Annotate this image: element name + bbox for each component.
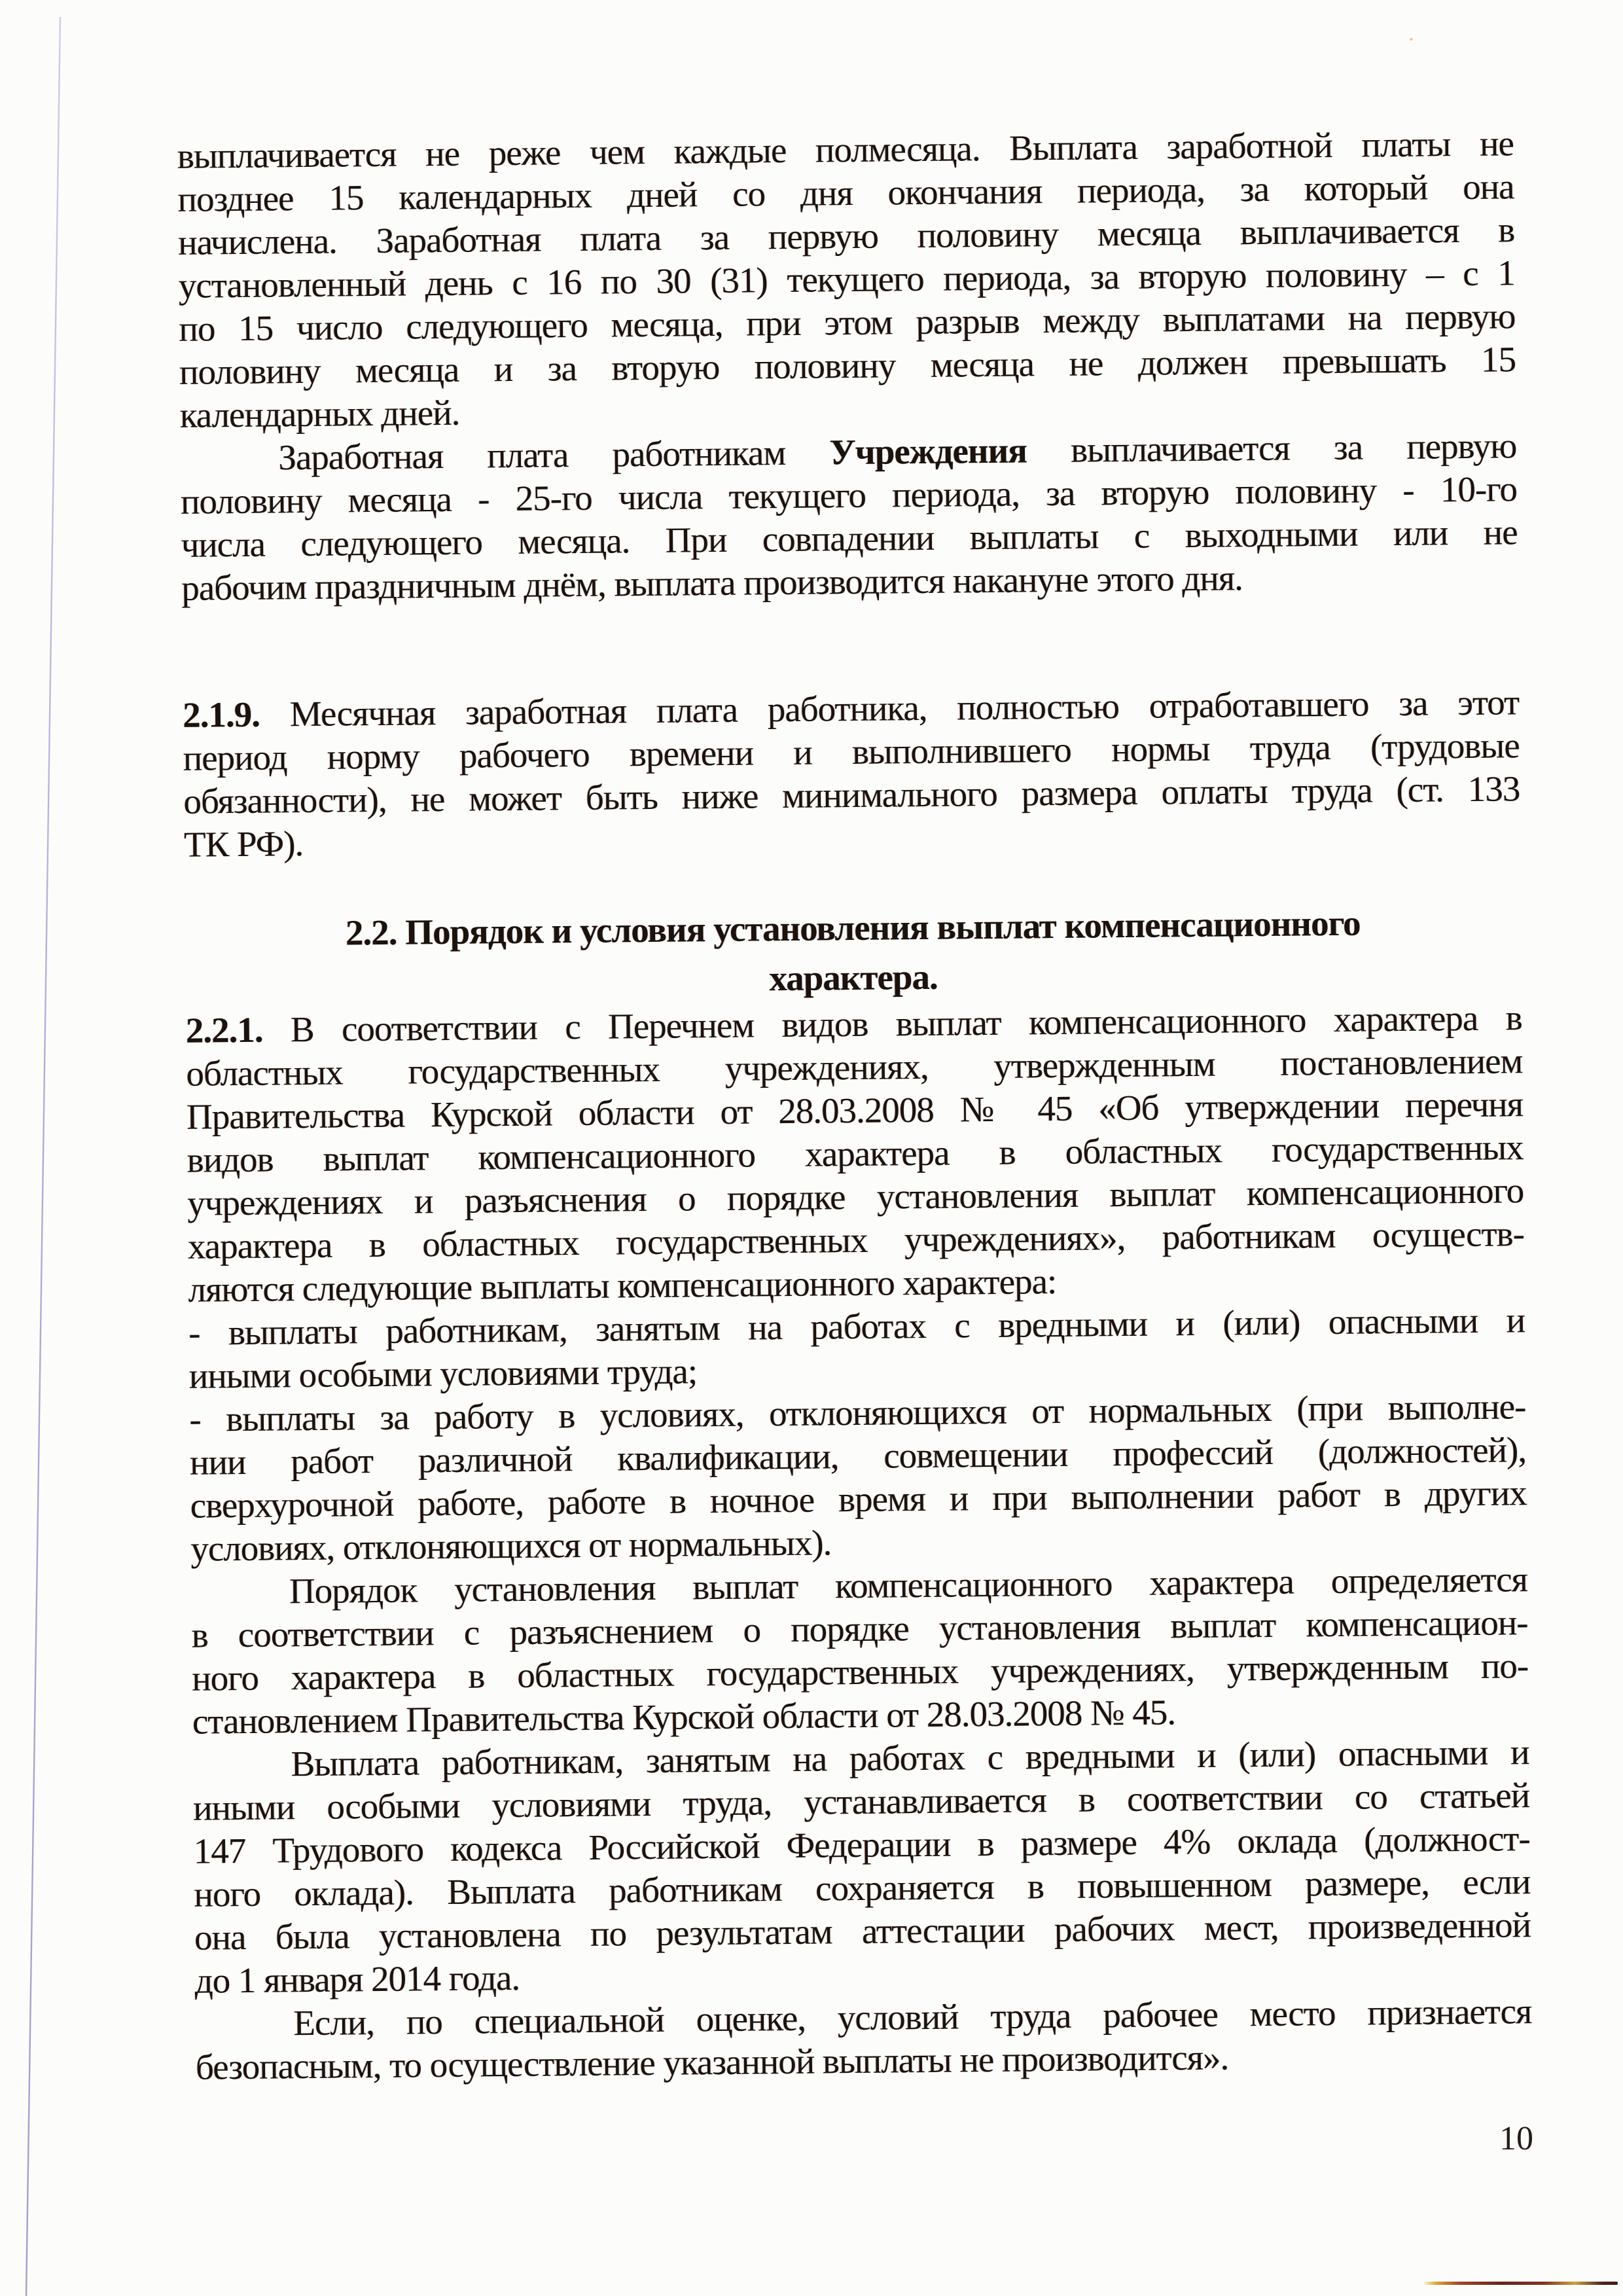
- scan-edge-artifact: [1424, 2282, 1618, 2285]
- paragraph: Если, по специальной оценке, условий тру…: [195, 1990, 1532, 2089]
- document-page: выплачивается не реже чем каждые полмеся…: [0, 0, 1623, 2296]
- paragraph: Выплата работникам, занятым на работах с…: [192, 1731, 1531, 2003]
- section-heading: 2.2. Порядок и условия установления выпл…: [185, 897, 1522, 1009]
- paragraph: Заработная плата работникам Учреждения в…: [180, 424, 1518, 610]
- page-body: выплачивается не реже чем каждые полмеся…: [177, 122, 1533, 2089]
- paragraph: 2.2.1. В соответствии с Перечнем видов в…: [185, 996, 1524, 1312]
- scan-speck: [1410, 38, 1413, 41]
- page-number: 10: [1493, 2119, 1539, 2158]
- paragraph: Порядок установления выплат компенсацион…: [191, 1558, 1529, 1744]
- list-item: - выплаты работникам, занятым на работах…: [188, 1299, 1525, 1398]
- paragraph: 2.1.9. Месячная заработная плата работни…: [183, 681, 1520, 867]
- list-item: - выплаты за работу в условиях, отклоняю…: [189, 1385, 1527, 1571]
- paragraph: выплачивается не реже чем каждые полмеся…: [177, 122, 1516, 437]
